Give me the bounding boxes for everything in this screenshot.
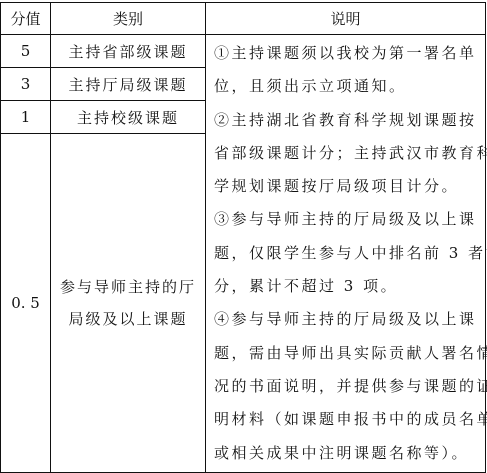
description-line: 题，仅限学生参与人中排名前 3 者计 (214, 237, 481, 270)
description-line: ③参与导师主持的厅局级及以上课 (214, 203, 481, 236)
description-line: 况的书面说明，并提供参与课题的证 (214, 370, 481, 403)
category-line: 局级及以上课题 (51, 303, 205, 335)
description-line: 分，累计不超过 3 项。 (214, 270, 481, 303)
header-description: 说明 (206, 3, 486, 35)
header-score: 分值 (1, 3, 51, 35)
description-line: 或相关成果中注明课题名称等）。 (214, 437, 481, 470)
category-cell: 主持校级课题 (51, 101, 206, 134)
description-line: 位，且须出示立项通知。 (214, 70, 481, 103)
description-cell: ①主持课题须以我校为第一署名单 位，且须出示立项通知。 ②主持湖北省教育科学规划… (206, 35, 486, 473)
table-row: 5 主持省部级课题 ①主持课题须以我校为第一署名单 位，且须出示立项通知。 ②主… (1, 35, 486, 68)
description-line: ①主持课题须以我校为第一署名单 (214, 37, 481, 70)
header-category: 类别 (51, 3, 206, 35)
category-cell: 参与导师主持的厅 局级及以上课题 (51, 134, 206, 473)
score-cell: 3 (1, 68, 51, 101)
score-cell: 0. 5 (1, 134, 51, 473)
category-cell: 主持厅局级课题 (51, 68, 206, 101)
scoring-table: 分值 类别 说明 5 主持省部级课题 ①主持课题须以我校为第一署名单 位，且须出… (0, 2, 486, 473)
description-line: 学规划课题按厅局级项目计分。 (214, 170, 481, 203)
score-cell: 1 (1, 101, 51, 134)
description-line: ②主持湖北省教育科学规划课题按 (214, 104, 481, 137)
description-line: 省部级课题计分；主持武汉市教育科 (214, 137, 481, 170)
score-cell: 5 (1, 35, 51, 68)
description-line: 明材料（如课题申报书中的成员名单 (214, 403, 481, 436)
description-line: ④参与导师主持的厅局级及以上课 (214, 303, 481, 336)
header-row: 分值 类别 说明 (1, 3, 486, 35)
category-line: 参与导师主持的厅 (51, 271, 205, 303)
description-line: 题，需由导师出具实际贡献人署名情 (214, 337, 481, 370)
category-cell: 主持省部级课题 (51, 35, 206, 68)
